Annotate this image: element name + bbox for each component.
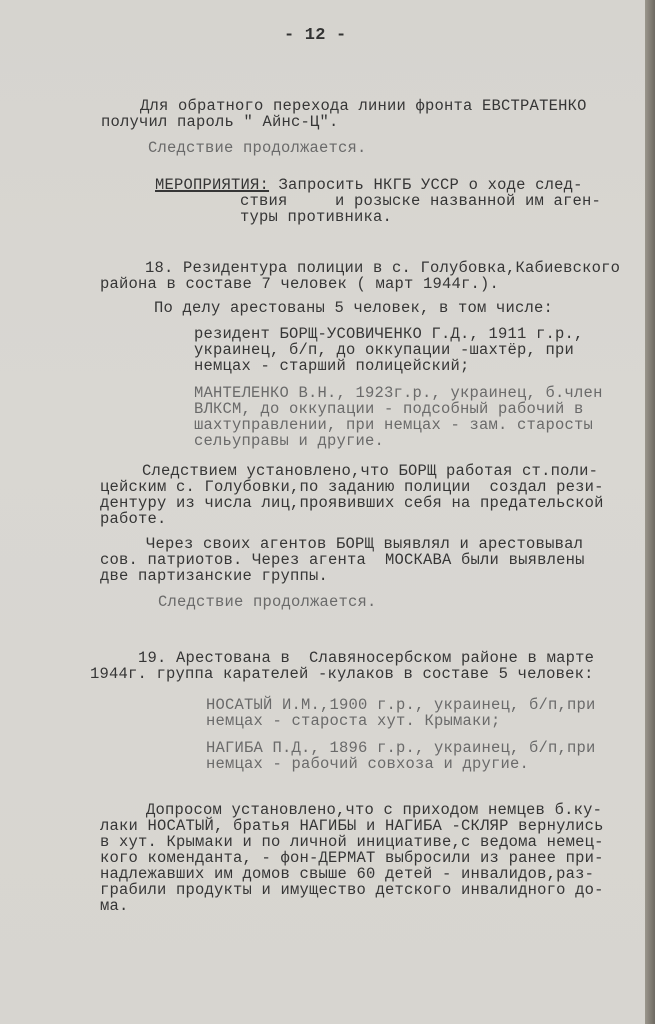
- item18-agents-line1: Через своих агентов БОРЩ выявлял и арест…: [146, 536, 583, 552]
- item19-person1-line2: немцах - староста хут. Крымаки;: [206, 713, 501, 729]
- item18-person1-line2: украинец, б/п, до оккупации -шахтёр, при: [194, 342, 574, 358]
- item18-person2-line3: шахтуправлении, при немцах - зам. старос…: [194, 417, 593, 433]
- item18-agents-line3: две партизанские группы.: [100, 568, 328, 584]
- item19-findings-line5: надлежавших им домов свыше 60 детей - ин…: [100, 866, 594, 882]
- intro-line-2: получил пароль " Айнс-Ц".: [101, 114, 339, 130]
- measures-block: МЕРОПРИЯТИЯ: Запросить НКГБ УССР о ходе …: [155, 177, 583, 193]
- item19-findings-line3: в хут. Крымаки и по личной инициативе,с …: [100, 834, 604, 850]
- item18-findings-line3: дентуру из числа лиц,проявивших себя на …: [100, 495, 604, 511]
- item18-person2-line4: сельуправы и другие.: [194, 433, 384, 449]
- document-page: - 12 - Для обратного перехода линии фрон…: [0, 0, 645, 1024]
- item18-person1-line1: резидент БОРЩ-УСОВИЧЕНКО Г.Д., 1911 г.р.…: [194, 326, 584, 342]
- item19-heading-1: 19. Арестована в Славяносербском районе …: [138, 650, 594, 666]
- item19-person2-line2: немцах - рабочий совхоза и другие.: [206, 756, 529, 772]
- item18-arrested: По делу арестованы 5 человек, в том числ…: [154, 300, 553, 316]
- item18-heading-2: района в составе 7 человек ( март 1944г.…: [100, 276, 499, 292]
- item18-heading-1: 18. Резидентура полиции в с. Голубовка,К…: [145, 260, 620, 276]
- item18-findings-line2: цейским с. Голубовки,по заданию полиции …: [100, 479, 604, 495]
- item19-findings-line6: грабили продукты и имущество детского ин…: [100, 882, 604, 898]
- item19-findings-line2: лаки НОСАТЫЙ, братья НАГИБЫ и НАГИБА -СК…: [100, 818, 604, 834]
- item18-person2-line2: ВЛКСМ, до оккупации - подсобный рабочий …: [194, 401, 584, 417]
- item18-findings-line4: работе.: [100, 511, 167, 527]
- item19-findings-line4: кого коменданта, - фон-ДЕРМАТ выбросили …: [100, 850, 604, 866]
- item18-person2-line1: МАНТЕЛЕНКО В.Н., 1923г.р., украинец, б.ч…: [194, 385, 603, 401]
- item19-findings-line1: Допросом установлено,что с приходом немц…: [146, 802, 602, 818]
- item18-agents-line2: сов. патриотов. Через агента МОСКАВА был…: [100, 552, 585, 568]
- page-number: - 12 -: [284, 28, 346, 44]
- measures-line-3: туры противника.: [240, 209, 392, 225]
- intro-status: Следствие продолжается.: [148, 140, 367, 156]
- measures-line-2: ствия и розыске названной им аген-: [240, 193, 601, 209]
- item18-status: Следствие продолжается.: [158, 594, 377, 610]
- item18-person1-line3: немцах - старший полицейский;: [194, 358, 470, 374]
- item19-findings-line7: ма.: [100, 898, 129, 914]
- item19-heading-2: 1944г. группа карателей -кулаков в соста…: [90, 666, 594, 682]
- intro-line-1: Для обратного перехода линии фронта ЕВСТ…: [140, 98, 587, 114]
- item19-person1-line1: НОСАТЫЙ И.М.,1900 г.р., украинец, б/п,пр…: [206, 697, 596, 713]
- item18-findings-line1: Следствием установлено,что БОРЩ работая …: [142, 463, 598, 479]
- scan-edge-border: [645, 0, 655, 1024]
- item19-person2-line1: НАГИБА П.Д., 1896 г.р., украинец, б/п,пр…: [206, 740, 596, 756]
